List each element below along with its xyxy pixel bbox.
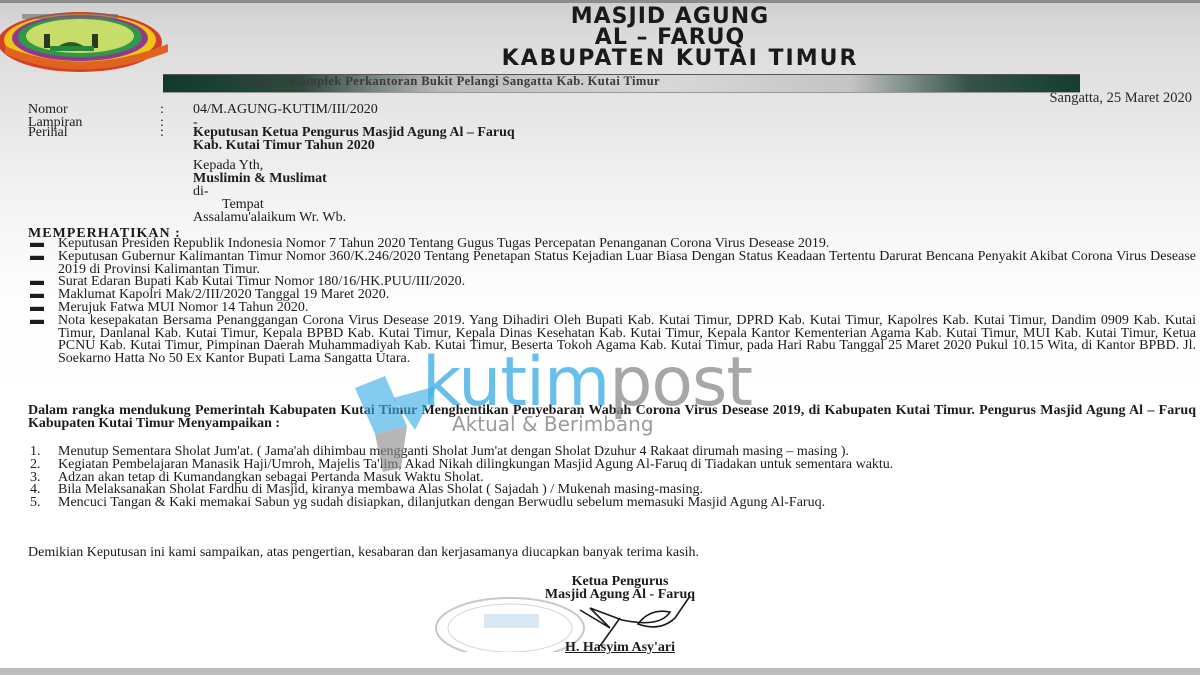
bottom-border xyxy=(0,668,1200,675)
recipient-line2: Muslimin & Muslimat xyxy=(193,172,327,186)
header-title-line3: KABUPATEN KUTAI TIMUR xyxy=(300,46,1060,71)
place-date: Sangatta, 25 Maret 2020 xyxy=(1049,90,1192,107)
meta-value-line2: Kab. Kutai Timur Tahun 2020 xyxy=(193,139,375,152)
address-text: Alamat : Komplek Perkantoran Bukit Pelan… xyxy=(236,74,660,89)
bullet-icon: ▬ xyxy=(30,315,44,328)
watermark-tagline: Aktual & Berimbang xyxy=(452,412,654,436)
list-item: ▬Keputusan Gubernur Kalimantan Timur Nom… xyxy=(28,251,1196,277)
meta-label: Perihal xyxy=(28,126,148,139)
top-border xyxy=(0,0,1200,3)
watermark-brand: kutimpost xyxy=(422,348,752,418)
greeting: Assalamu'alaikum Wr. Wb. xyxy=(193,211,346,225)
signer-name: H. Hasyim Asy'ari xyxy=(430,640,810,656)
list-item: 5.Mencuci Tangan & Kaki memakai Sabun yg… xyxy=(28,497,1196,510)
signature-icon xyxy=(560,588,700,648)
decision-points: 1.Menutup Sementara Sholat Jum'at. ( Jam… xyxy=(28,446,1196,510)
bullet-icon: ▬ xyxy=(30,251,44,264)
closing-paragraph: Demikian Keputusan ini kami sampaikan, a… xyxy=(28,546,1196,559)
mosque-logo-icon xyxy=(0,6,172,72)
recipient-line3: di- xyxy=(193,185,209,199)
meta-colon: : xyxy=(160,126,164,139)
meta-value: 04/M.AGUNG-KUTIM/III/2020 xyxy=(193,103,378,116)
